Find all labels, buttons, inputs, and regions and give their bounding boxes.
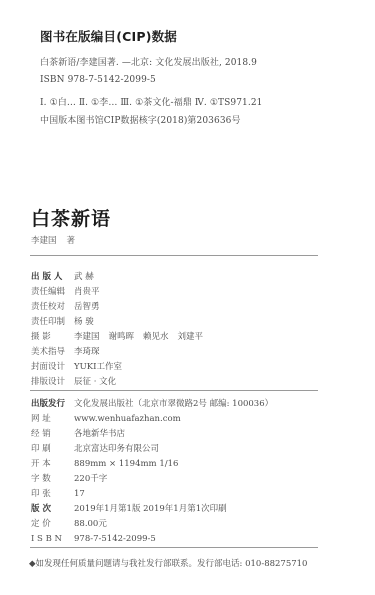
cip-line-data-number: 中国版本图书馆CIP数据核字(2018)第203636号	[40, 113, 241, 126]
staff-label: 摄 影	[31, 330, 74, 345]
staff-name: 谢鸣晖	[109, 332, 135, 342]
staff-value: 李建国谢鸣晖赖见水刘建平	[74, 330, 203, 345]
info-value: 2019年1月第1版 2019年1月第1次印刷	[74, 502, 227, 517]
info-label: 字 数	[31, 472, 74, 487]
staff-value: 肖贵平	[74, 285, 100, 300]
cip-line-classification: Ⅰ. ①白… Ⅱ. ①李… Ⅲ. ①茶文化-福鼎 Ⅳ. ①TS971.21	[40, 95, 263, 108]
staff-value: 李琦琛	[74, 345, 100, 360]
staff-label: 责任校对	[31, 300, 74, 315]
info-row-publisher: 出版发行 文化发展出版社（北京市翠微路2号 邮编: 100036）	[31, 397, 273, 412]
info-row-distributor: 经 销 各地新华书店	[31, 427, 273, 442]
cip-line-isbn: ISBN 978-7-5142-2099-5	[40, 75, 156, 85]
staff-name: 辰征 · 文化	[74, 377, 116, 387]
quality-contact-note: ◆如发现任何质量问题请与我社发行部联系。发行部电话: 010-88275710	[29, 557, 307, 569]
info-label: 网 址	[31, 412, 74, 427]
staff-value: 岳智勇	[74, 300, 100, 315]
staff-row-cover-design: 封面设计 YUKI工作室	[31, 360, 203, 375]
divider-bottom	[30, 547, 318, 548]
staff-name: 肖贵平	[74, 287, 100, 297]
info-label: I S B N	[31, 532, 74, 547]
publishing-info: 出版发行 文化发展出版社（北京市翠微路2号 邮编: 100036） 网 址 ww…	[31, 397, 273, 547]
staff-label: 出 版 人	[31, 270, 74, 285]
info-label: 定 价	[31, 517, 74, 532]
info-row-word-count: 字 数 220千字	[31, 472, 273, 487]
info-row-website: 网 址 www.wenhuafazhan.com	[31, 412, 273, 427]
staff-row-art-director: 美术指导 李琦琛	[31, 345, 203, 360]
book-title: 白茶新语	[31, 204, 111, 231]
info-label: 出版发行	[31, 397, 74, 412]
info-row-isbn: I S B N 978-7-5142-2099-5	[31, 532, 273, 547]
staff-row-photography: 摄 影 李建国谢鸣晖赖见水刘建平	[31, 330, 203, 345]
info-value: www.wenhuafazhan.com	[74, 412, 181, 427]
author-name: 李建国	[31, 236, 57, 246]
staff-label: 美术指导	[31, 345, 74, 360]
staff-value: YUKI工作室	[74, 360, 122, 375]
info-value: 文化发展出版社（北京市翠微路2号 邮编: 100036）	[74, 397, 273, 412]
info-row-price: 定 价 88.00元	[31, 517, 273, 532]
staff-label: 责任印制	[31, 315, 74, 330]
staff-value: 杨 骏	[74, 315, 94, 330]
info-label: 经 销	[31, 427, 74, 442]
staff-row-layout-design: 排版设计 辰征 · 文化	[31, 375, 203, 390]
staff-row-publisher: 出 版 人 武 赫	[31, 270, 203, 285]
staff-row-print-supervisor: 责任印制 杨 骏	[31, 315, 203, 330]
staff-label: 排版设计	[31, 375, 74, 390]
info-value: 889mm × 1194mm 1/16	[74, 457, 178, 472]
info-row-edition: 版 次 2019年1月第1版 2019年1月第1次印刷	[31, 502, 273, 517]
staff-value: 武 赫	[74, 270, 94, 285]
staff-name: YUKI工作室	[74, 362, 122, 372]
divider-top	[30, 255, 318, 256]
info-label: 版 次	[31, 502, 74, 517]
staff-label: 封面设计	[31, 360, 74, 375]
staff-name: 李建国	[74, 332, 100, 342]
staff-name: 赖见水	[143, 332, 169, 342]
info-row-format: 开 本 889mm × 1194mm 1/16	[31, 457, 273, 472]
info-value: 220千字	[74, 472, 107, 487]
staff-label: 责任编辑	[31, 285, 74, 300]
info-value: 88.00元	[74, 517, 107, 532]
staff-row-proofreader: 责任校对 岳智勇	[31, 300, 203, 315]
book-author-line: 李建国著	[31, 234, 75, 246]
info-label: 印 刷	[31, 442, 74, 457]
staff-name: 武 赫	[74, 272, 94, 282]
staff-name: 李琦琛	[74, 347, 100, 357]
staff-value: 辰征 · 文化	[74, 375, 116, 390]
staff-name: 刘建平	[178, 332, 204, 342]
info-value: 各地新华书店	[74, 427, 125, 442]
cip-line-citation: 白茶新语/李建国著. —北京: 文化发展出版社, 2018.9	[40, 55, 257, 68]
staff-name: 岳智勇	[74, 302, 100, 312]
info-label: 开 本	[31, 457, 74, 472]
info-value: 北京富达印务有限公司	[74, 442, 159, 457]
divider-middle	[30, 390, 318, 391]
info-row-printer: 印 刷 北京富达印务有限公司	[31, 442, 273, 457]
staff-name: 杨 骏	[74, 317, 94, 327]
staff-credits: 出 版 人 武 赫 责任编辑 肖贵平 责任校对 岳智勇 责任印制 杨 骏 摄 影…	[31, 270, 203, 390]
info-value: 17	[74, 487, 85, 502]
cip-heading: 图书在版编目(CIP)数据	[40, 27, 177, 45]
staff-row-editor: 责任编辑 肖贵平	[31, 285, 203, 300]
info-value: 978-7-5142-2099-5	[74, 532, 156, 547]
author-role: 著	[67, 236, 76, 246]
info-row-printed-sheets: 印 张 17	[31, 487, 273, 502]
info-label: 印 张	[31, 487, 74, 502]
